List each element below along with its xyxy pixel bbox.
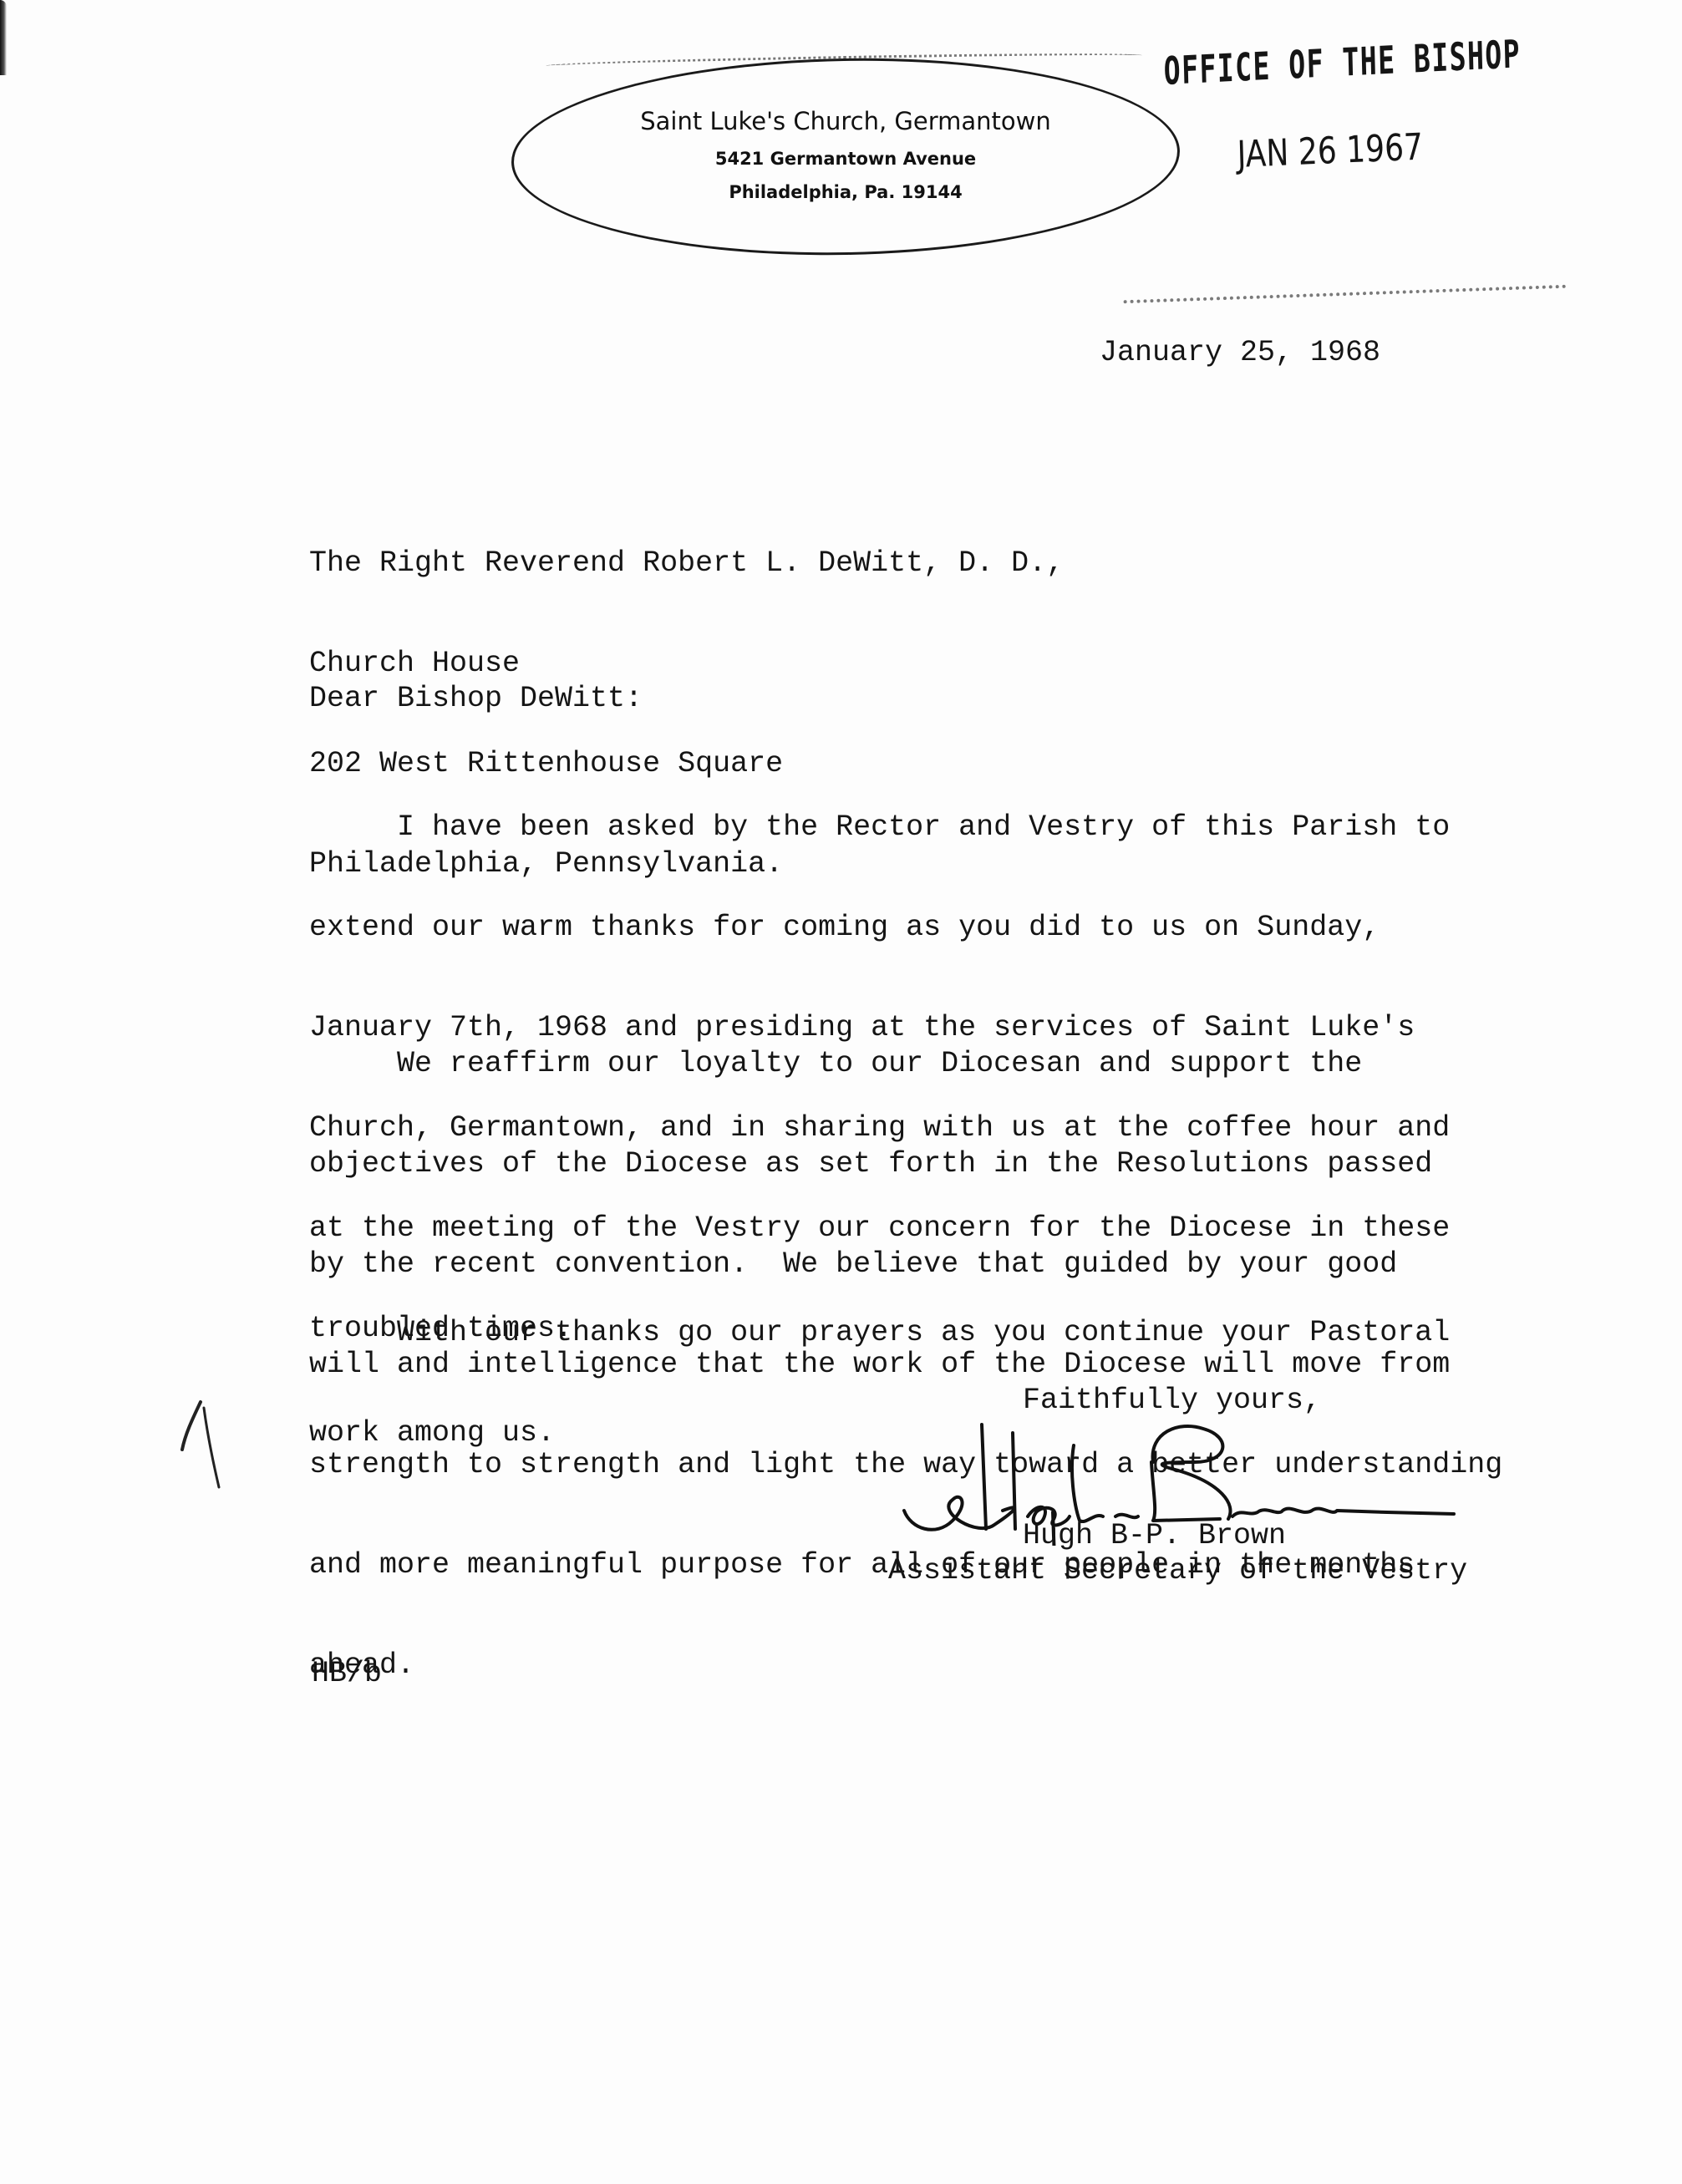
letterhead-street: 5421 Germantown Avenue [511,149,1180,169]
address-line: The Right Reverend Robert L. DeWitt, D. … [309,546,1064,580]
signer-name: Hugh B-P. Brown [1023,1519,1286,1552]
signer-title: Assistant Secretary of the Vestry [888,1554,1467,1587]
letterhead-church-name: Saint Luke's Church, Germantown [511,107,1180,135]
ink-specks [1124,285,1568,328]
address-line: Church House [309,647,1064,680]
reference-initials: HB/b [312,1657,382,1690]
received-stamp-office: OFFICE OF THE BISHOP [1163,31,1522,94]
paragraph-line: I have been asked by the Rector and Vest… [309,810,1450,844]
letterhead-city: Philadelphia, Pa. 19144 [511,182,1180,202]
paragraph-line: We reaffirm our loyalty to our Diocesan … [309,1047,1502,1080]
pencil-margin-mark [175,1395,234,1496]
letter-date: January 25, 1968 [1100,336,1380,369]
scan-edge-shadow [0,0,7,75]
paragraph-line: With our thanks go our prayers as you co… [309,1316,1450,1349]
received-stamp-date: JAN 26 1967 [1237,126,1424,176]
paragraph-line: extend our warm thanks for coming as you… [309,911,1450,944]
salutation: Dear Bishop DeWitt: [309,682,643,715]
paragraph-line: ahead. [309,1648,1502,1682]
letter-page: Saint Luke's Church, Germantown 5421 Ger… [0,0,1682,2184]
paragraph-line: objectives of the Diocese as set forth i… [309,1147,1502,1181]
